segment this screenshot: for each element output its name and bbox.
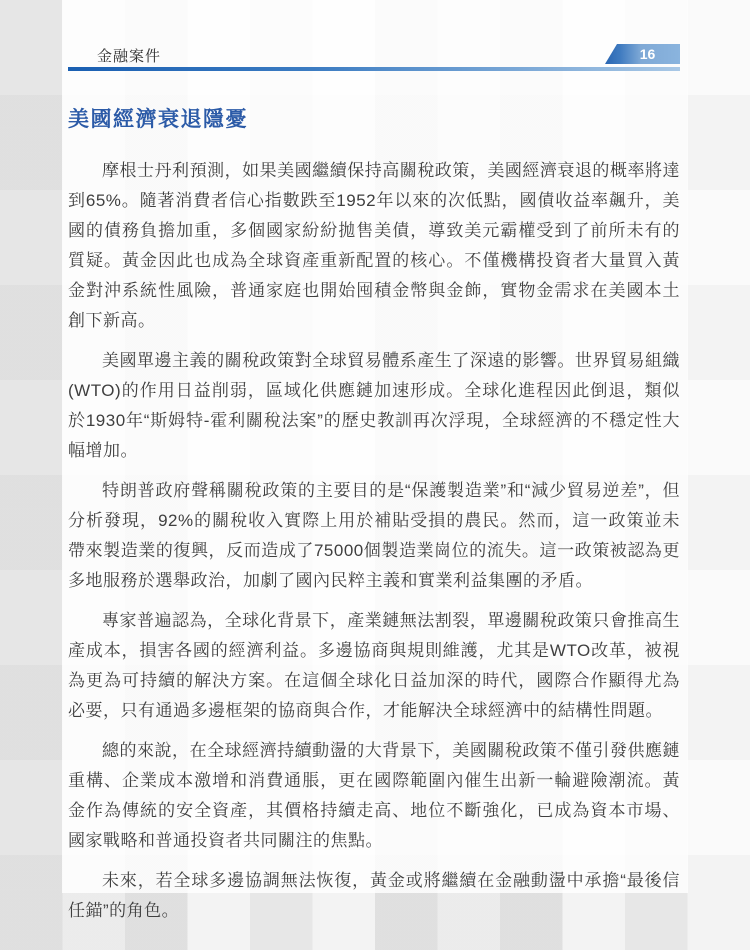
article-paragraph: 未來，若全球多邊協調無法恢復，黃金或將繼續在金融動盪中承擔“最後信任錨”的角色。 <box>68 866 680 926</box>
document-page: 金融案件 16 美國經濟衰退隱憂 摩根士丹利預測，如果美國繼續保持高關稅政策，美… <box>62 0 688 893</box>
article-paragraph: 特朗普政府聲稱關稅政策的主要目的是“保護製造業”和“減少貿易逆差”，但分析發現，… <box>68 476 680 596</box>
article-paragraph: 專家普遍認為，全球化背景下，產業鏈無法割裂，單邊關稅政策只會推高生產成本，損害各… <box>68 606 680 726</box>
header-section-label: 金融案件 <box>97 45 161 66</box>
article-paragraph: 美國單邊主義的關稅政策對全球貿易體系產生了深遠的影響。世界貿易組織(WTO)的作… <box>68 346 680 466</box>
page-background: 金融案件 16 美國經濟衰退隱憂 摩根士丹利預測，如果美國繼續保持高關稅政策，美… <box>0 0 750 950</box>
article-title: 美國經濟衰退隱憂 <box>68 103 248 133</box>
header-divider <box>68 67 680 71</box>
page-number-badge: 16 <box>605 44 680 64</box>
page-number: 16 <box>640 47 656 61</box>
article-body: 摩根士丹利預測，如果美國繼續保持高關稅政策，美國經濟衰退的概率將達到65%。隨著… <box>68 156 680 936</box>
article-paragraph: 總的來說，在全球經濟持續動盪的大背景下，美國關稅政策不僅引發供應鏈重構、企業成本… <box>68 736 680 856</box>
article-paragraph: 摩根士丹利預測，如果美國繼續保持高關稅政策，美國經濟衰退的概率將達到65%。隨著… <box>68 156 680 336</box>
